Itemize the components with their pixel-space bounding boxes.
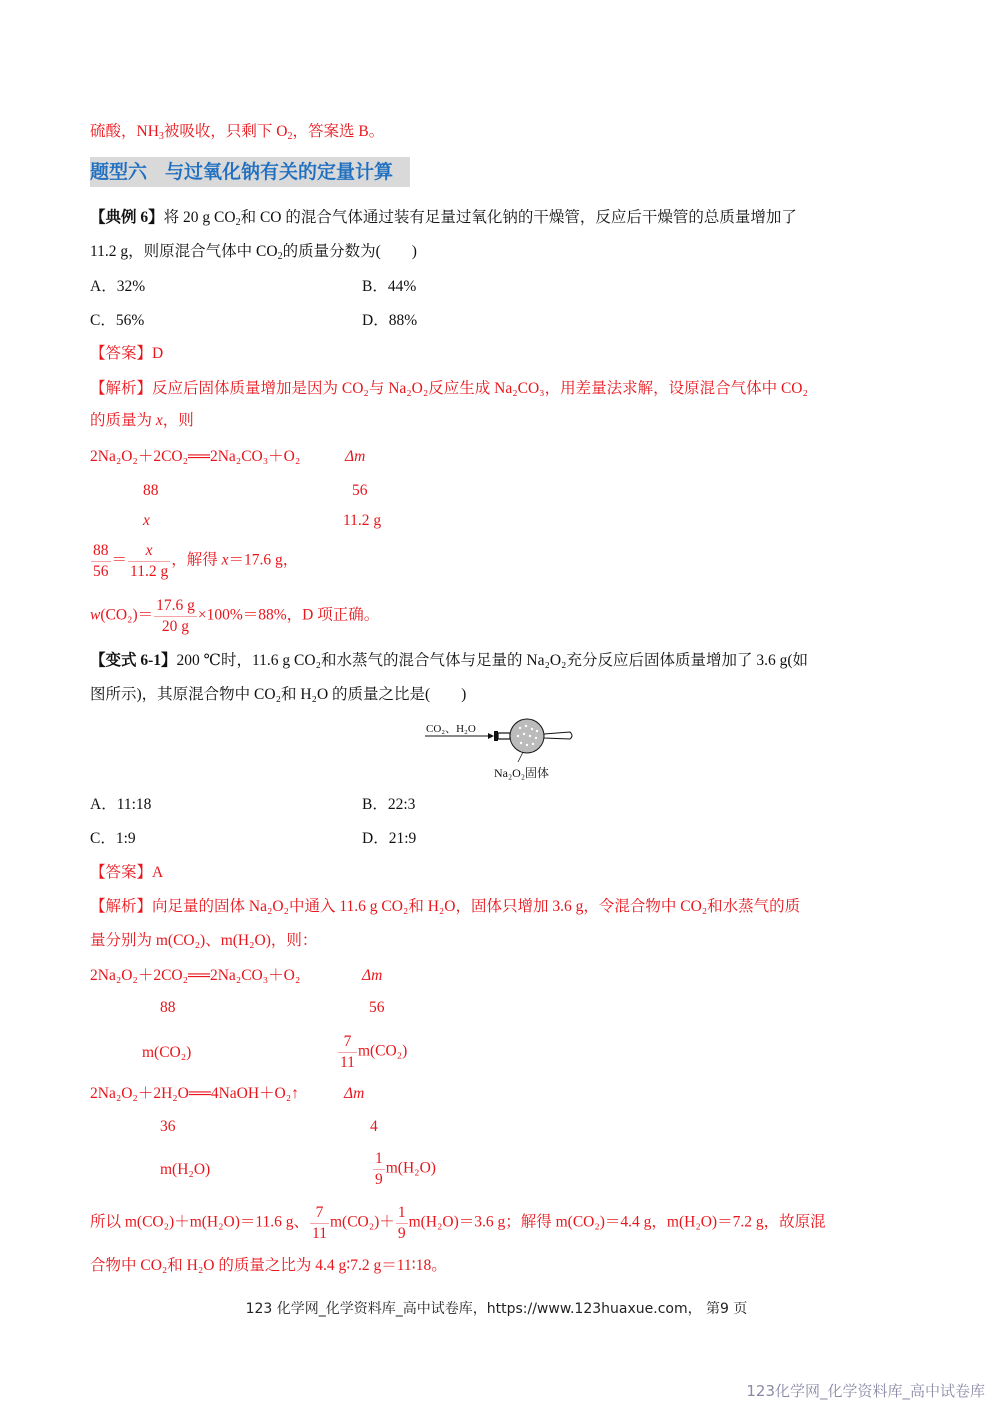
option-letter: D． — [362, 830, 389, 847]
analysis-tag: 【解析】 — [90, 898, 152, 915]
answer-tag: 【答案】 — [90, 864, 152, 881]
drying-tube-figure: CO₂、H₂O Na₂O₂固体 — [420, 714, 580, 782]
option-a: A．32% — [90, 277, 145, 297]
intro-text: 硫酸， — [90, 123, 137, 140]
option-value: 11:18 — [117, 796, 152, 813]
variant-eq2-row1-left: 36 — [160, 1117, 176, 1137]
mass-fraction-text: ×100%＝88%，D 项正确。 — [198, 607, 379, 624]
numerator: 1 — [373, 1151, 385, 1170]
intro-text: ，答案选 B。 — [293, 123, 385, 140]
fraction: x11.2 g — [128, 543, 170, 579]
variant-eq2-row2-left: m(H₂O) — [160, 1160, 210, 1180]
fraction: 8856 — [91, 543, 111, 579]
conclusion-text: m(H₂O)＝3.6 g；解得 m(CO₂)＝4.4 g，m(H₂O)＝7.2 … — [409, 1214, 826, 1231]
solid-label: Na₂O₂固体 — [494, 764, 549, 781]
option-value: 22:3 — [388, 796, 416, 813]
option-d: D．88% — [362, 311, 417, 331]
fraction: 19 — [396, 1205, 408, 1241]
mass-fraction-text: (CO₂)＝ — [100, 607, 153, 624]
option-value: 44% — [388, 278, 416, 295]
numerator: 1 — [396, 1205, 408, 1224]
variant-option-b: B．22:3 — [362, 795, 415, 815]
analysis-text: 的质量为 — [90, 412, 156, 429]
question-text: 图所示)，其原混合物中 CO₂和 H₂O 的质量之比是( ) — [90, 686, 466, 703]
variant-eq2: 2Na₂O₂＋2H₂O══4NaOH＋O₂↑ — [90, 1084, 299, 1104]
fraction: 19 — [373, 1151, 385, 1187]
denominator: 11.2 g — [128, 562, 170, 580]
variant-eq2-delta: Δm — [344, 1084, 364, 1104]
example6-analysis-line2: 的质量为 x，则 — [90, 411, 194, 431]
variant-eq1-row1-right: 56 — [369, 998, 385, 1018]
variant-option-c: C．1:9 — [90, 829, 136, 849]
option-value: 1:9 — [116, 830, 136, 847]
chemical-equation: 2Na₂O₂＋2CO₂══2Na₂CO₃＋O₂ — [90, 448, 300, 465]
option-letter: D． — [362, 312, 389, 329]
option-c: C．56% — [90, 311, 144, 331]
analysis-text: ，则 — [163, 412, 194, 429]
intro-formula: NH — [137, 123, 159, 140]
row1-right: 56 — [352, 481, 368, 501]
variant-eq1-delta: Δm — [362, 966, 382, 986]
fraction: 711 — [310, 1205, 329, 1241]
example6-answer: 【答案】D — [90, 344, 163, 364]
ratio-text: ＝17.6 g， — [228, 552, 298, 569]
variant-question-line2: 图所示)，其原混合物中 CO₂和 H₂O 的质量之比是( ) — [90, 685, 466, 705]
variant-analysis-line1: 【解析】向足量的固体 Na₂O₂中通入 11.6 g CO₂和 H₂O，固体只增… — [90, 897, 800, 917]
answer-value: A — [152, 864, 163, 881]
example6-question-line1: 【典例 6】将 20 g CO2和 CO 的混合气体通过装有足量过氧化钠的干燥管… — [90, 208, 797, 228]
watermark: 123化学网_化学资料库_高中试卷库 — [746, 1380, 985, 1401]
option-letter: A． — [90, 796, 117, 813]
answer-value: D — [152, 345, 163, 362]
conclusion-text: 所以 m(CO₂)＋m(H₂O)＝11.6 g、 — [90, 1214, 309, 1231]
conclusion-text: m(CO₂)＋ — [330, 1214, 395, 1231]
variant-eq2-row2-right: 19m(H₂O) — [372, 1151, 436, 1187]
question-text: 和 CO 的混合气体通过装有足量过氧化钠的干燥管，反应后干燥管的总质量增加了 — [241, 209, 797, 226]
variable: w — [90, 607, 100, 624]
intro-text: 被吸收，只剩下 — [164, 123, 276, 140]
variant-option-d: D．21:9 — [362, 829, 416, 849]
inlet-label: CO₂、H₂O — [426, 720, 476, 736]
question-text: 的质量分数为( ) — [283, 243, 417, 260]
example-tag: 【典例 6】 — [90, 209, 164, 226]
variant-eq1: 2Na₂O₂＋2CO₂══2Na₂CO₃＋O₂ — [90, 966, 300, 986]
denominator: 11 — [338, 1053, 357, 1071]
intro-line: 硫酸，NH3被吸收，只剩下 O2，答案选 B。 — [90, 122, 384, 142]
analysis-text: 向足量的固体 Na₂O₂中通入 11.6 g CO₂和 H₂O，固体只增加 3.… — [152, 898, 800, 915]
question-text: 将 20 g CO — [164, 209, 236, 226]
variant-tag: 【变式 6-1】 — [90, 652, 177, 669]
ratio-line: 8856＝x11.2 g，解得 x＝17.6 g， — [90, 543, 298, 579]
question-text: 11.2 g，则原混合气体中 CO — [90, 243, 278, 260]
fraction: 17.6 g20 g — [154, 598, 197, 634]
variant-answer: 【答案】A — [90, 863, 163, 883]
variant-question-line1: 【变式 6-1】200 ℃时，11.6 g CO₂和水蒸气的混合气体与足量的 N… — [90, 651, 808, 671]
option-value: 88% — [389, 312, 417, 329]
option-letter: B． — [362, 796, 388, 813]
variant-conclusion-line2: 合物中 CO₂和 H₂O 的质量之比为 4.4 g∶7.2 g＝11∶18。 — [90, 1256, 447, 1276]
intro-formula: O — [276, 123, 287, 140]
variable: x — [156, 412, 163, 429]
denominator: 20 g — [154, 617, 197, 635]
numerator: 7 — [338, 1034, 357, 1053]
option-letter: B． — [362, 278, 388, 295]
option-value: 56% — [116, 312, 144, 329]
option-value: 21:9 — [389, 830, 417, 847]
section-label: 题型六 — [90, 161, 147, 183]
option-letter: C． — [90, 312, 116, 329]
question-text: 200 ℃时，11.6 g CO₂和水蒸气的混合气体与足量的 Na₂O₂充分反应… — [177, 652, 808, 669]
expression: m(CO₂) — [358, 1043, 407, 1060]
denominator: 56 — [91, 562, 111, 580]
denominator: 9 — [396, 1224, 408, 1242]
denominator: 11 — [310, 1224, 329, 1242]
row2-left: x — [143, 511, 150, 531]
mass-fraction-line: w(CO₂)＝17.6 g20 g×100%＝88%，D 项正确。 — [90, 598, 379, 634]
variant-eq2-row1-right: 4 — [370, 1117, 378, 1137]
analysis-tag: 【解析】 — [90, 380, 152, 397]
variant-eq1-row2-left: m(CO₂) — [142, 1043, 191, 1063]
numerator: 88 — [91, 543, 111, 562]
row1-left: 88 — [143, 481, 159, 501]
option-value: 32% — [117, 278, 145, 295]
row2-right: 11.2 g — [343, 511, 381, 531]
expression: m(H₂O) — [386, 1160, 436, 1177]
variant-option-a: A．11:18 — [90, 795, 151, 815]
variant-conclusion-line1: 所以 m(CO₂)＋m(H₂O)＝11.6 g、711m(CO₂)＋19m(H₂… — [90, 1205, 826, 1241]
numerator: 7 — [310, 1205, 329, 1224]
answer-tag: 【答案】 — [90, 345, 152, 362]
option-letter: C． — [90, 830, 116, 847]
variant-eq1-row1-left: 88 — [160, 998, 176, 1018]
numerator: 17.6 g — [154, 598, 197, 617]
denominator: 9 — [373, 1170, 385, 1188]
variant-analysis-line2: 量分别为 m(CO₂)、m(H₂O)，则： — [90, 931, 317, 951]
page-footer: 123 化学网_化学资料库_高中试卷库，https://www.123huaxu… — [0, 1298, 993, 1318]
delta-m: Δm — [345, 447, 365, 467]
section-heading: 题型六与过氧化钠有关的定量计算 — [90, 157, 410, 187]
example6-analysis-line1: 【解析】反应后固体质量增加是因为 CO₂与 Na₂O₂反应生成 Na₂CO₃，用… — [90, 379, 808, 399]
option-letter: A． — [90, 278, 117, 295]
analysis-text: 反应后固体质量增加是因为 CO₂与 Na₂O₂反应生成 Na₂CO₃，用差量法求… — [152, 380, 808, 397]
section-title: 与过氧化钠有关的定量计算 — [165, 161, 393, 183]
variant-eq1-row2-right: 711m(CO₂) — [337, 1034, 407, 1070]
ratio-text: ，解得 — [171, 552, 221, 569]
example6-equation: 2Na₂O₂＋2CO₂══2Na₂CO₃＋O₂ — [90, 447, 300, 467]
option-b: B．44% — [362, 277, 416, 297]
fraction: 711 — [338, 1034, 357, 1070]
delta-m-label: Δm — [345, 448, 365, 465]
numerator: x — [128, 543, 170, 562]
example6-question-line2: 11.2 g，则原混合气体中 CO2的质量分数为( ) — [90, 242, 417, 262]
